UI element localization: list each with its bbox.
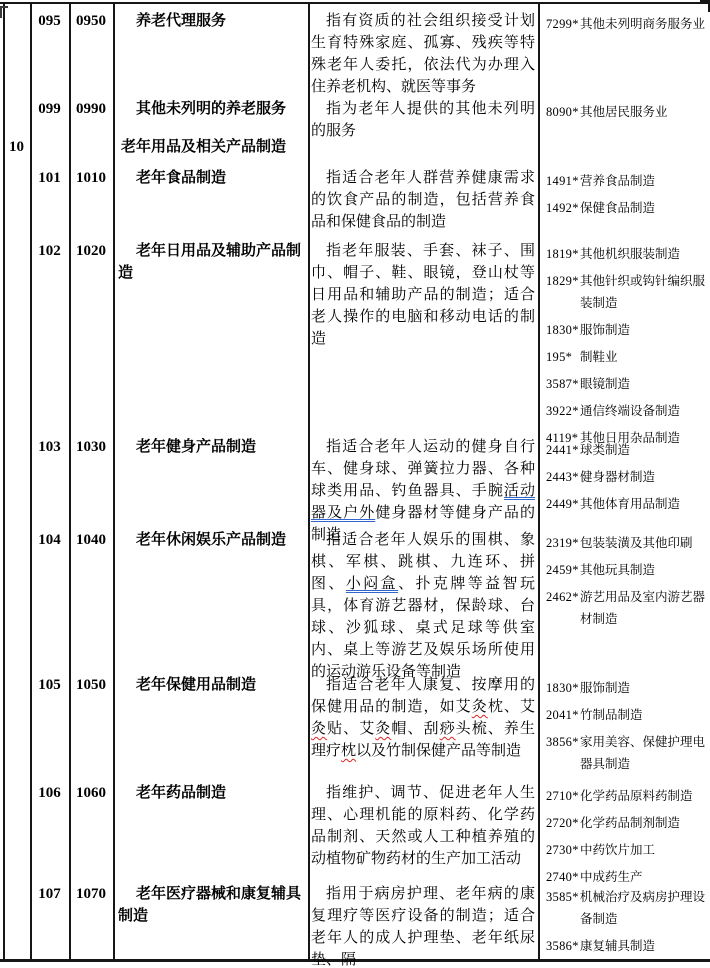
category-name: 养老代理服务 <box>118 10 305 32</box>
related-code-list: 7299*其他未列明商务服务业 <box>546 10 707 40</box>
industry-code-3digit: 106 <box>30 782 69 804</box>
related-code-number: 2441* <box>546 439 580 461</box>
category-description: 指为老年人提供的其他未列明的服务 <box>311 98 535 142</box>
category-name: 老年休闲娱乐产品制造 <box>118 529 305 551</box>
description-text: 指适合老年人运动的健身自行车、健身球、弹簧拉力器、各种球类用品、钓鱼器具、手腕 <box>311 439 535 499</box>
related-code-name: 游艺用品及室内游艺器材制造 <box>580 586 707 630</box>
related-code-list: 1491*营养食品制造 1492*保健食品制造 <box>546 167 707 224</box>
related-code-item: 2730*中药饮片加工 <box>546 839 707 861</box>
document-page: 095 0950 养老代理服务 指有资质的社会组织接受计划生育特殊家庭、孤寡、残… <box>0 0 710 968</box>
spellcheck-underline-text: 灸 <box>375 721 391 737</box>
spellcheck-underline-text: 灸 <box>472 699 488 715</box>
category-name: 老年健身产品制造 <box>118 436 305 458</box>
category-description: 指适合老年人娱乐的围棋、象棋、军棋、跳棋、九连环、拼图、小闷盒、扑克牌等益智玩具… <box>311 529 535 683</box>
related-code-name: 化学药品原料药制造 <box>580 785 707 807</box>
related-code-item: 3587*眼镜制造 <box>546 373 707 395</box>
industry-code-3digit: 104 <box>30 529 69 551</box>
description-text: 以及竹制保健产品等制造 <box>356 743 521 759</box>
related-code-item: 1492*保健食品制造 <box>546 197 707 219</box>
related-code-item: 3922*通信终端设备制造 <box>546 400 707 422</box>
related-code-list: 8090*其他居民服务业 <box>546 98 707 128</box>
related-code-name: 康复辅具制造 <box>580 935 707 957</box>
related-code-name: 机械治疗及病房护理设备制造 <box>580 886 707 930</box>
related-code-list: 1830*服饰制造 2041*竹制品制造 3856*家用美容、保健护理电器具制造 <box>546 674 707 780</box>
related-code-number: 3856* <box>546 731 580 775</box>
related-code-number: 1819* <box>546 243 580 265</box>
related-code-list: 2319*包装装潢及其他印刷 2459*其他玩具制造 2462*游艺用品及室内游… <box>546 529 707 635</box>
related-code-name: 服饰制造 <box>580 319 707 341</box>
related-code-number: 7299* <box>546 13 580 35</box>
related-code-list: 2710*化学药品原料药制造 2720*化学药品制剂制造 2730*中药饮片加工… <box>546 782 707 893</box>
description-text: 指有资质的社会组织接受计划生育特殊家庭、孤寡、残疾等特殊老年人委托，依法代为办理… <box>311 13 535 95</box>
related-code-name: 眼镜制造 <box>580 373 707 395</box>
industry-code-4digit: 1020 <box>69 240 113 262</box>
related-code-number: 3586* <box>546 935 580 957</box>
related-code-name: 其他未列明商务服务业 <box>580 13 707 35</box>
section-title: 老年用品及相关产品制造 <box>121 136 321 158</box>
industry-code-4digit: 1070 <box>69 883 113 905</box>
description-text: 帽、刮 <box>391 721 439 737</box>
category-name: 老年日用品及辅助产品制造 <box>118 240 305 284</box>
industry-code-3digit: 101 <box>30 167 69 189</box>
category-description: 指老年服装、手套、袜子、围巾、帽子、鞋、眼镜，登山杖等日用品和辅助产品的制造；适… <box>311 240 535 350</box>
related-code-number: 3922* <box>546 400 580 422</box>
related-code-number: 2041* <box>546 704 580 726</box>
related-code-name: 其他体育用品制造 <box>580 493 707 515</box>
category-description: 指维护、调节、促进老年人生理、心理机能的原料药、化学药品制剂、天然或人工种植养殖… <box>311 782 535 870</box>
industry-code-4digit: 0990 <box>69 98 113 120</box>
related-code-item: 2441*球类制造 <box>546 439 707 461</box>
description-text: 指用于病房护理、老年病的康复理疗等医疗设备的制造；适合老年人的成人护理垫、老年纸… <box>311 886 535 968</box>
category-description: 指有资质的社会组织接受计划生育特殊家庭、孤寡、残疾等特殊老年人委托，依法代为办理… <box>311 10 535 98</box>
related-code-number: 2459* <box>546 559 580 581</box>
description-text: 贴、艾 <box>327 721 375 737</box>
related-code-number: 2449* <box>546 493 580 515</box>
related-code-number: 2730* <box>546 839 580 861</box>
description-text: 指老年服装、手套、袜子、围巾、帽子、鞋、眼镜，登山杖等日用品和辅助产品的制造；适… <box>311 243 535 347</box>
table-column-border <box>30 2 32 959</box>
section-number: 10 <box>3 136 30 158</box>
spellcheck-underline-text: 枕 <box>341 743 356 759</box>
related-code-number: 1830* <box>546 319 580 341</box>
related-code-list: 3585*机械治疗及病房护理设备制造 3586*康复辅具制造 <box>546 883 707 962</box>
related-code-name: 制鞋业 <box>580 346 707 368</box>
industry-code-3digit: 105 <box>30 674 69 696</box>
related-code-number: 1491* <box>546 170 580 192</box>
industry-code-4digit: 0950 <box>69 10 113 32</box>
industry-code-3digit: 103 <box>30 436 69 458</box>
related-code-name: 其他针织或钩针编织服装制造 <box>580 270 707 314</box>
related-code-number: 2710* <box>546 785 580 807</box>
category-description: 指适合老年人康复、按摩用的保健用品的制造，如艾灸枕、艾灸贴、艾灸帽、刮痧头梳、养… <box>311 674 535 762</box>
related-code-number: 3585* <box>546 886 580 930</box>
category-name: 老年药品制造 <box>118 782 305 804</box>
related-code-name: 化学药品制剂制造 <box>580 812 707 834</box>
related-code-name: 包装装潢及其他印刷 <box>580 532 707 554</box>
related-code-item: 1491*营养食品制造 <box>546 170 707 192</box>
related-code-item: 7299*其他未列明商务服务业 <box>546 13 707 35</box>
related-code-item: 1830*服饰制造 <box>546 319 707 341</box>
related-code-item: 3585*机械治疗及病房护理设备制造 <box>546 886 707 930</box>
related-code-item: 2319*包装装潢及其他印刷 <box>546 532 707 554</box>
related-code-list: 1819*其他机织服装制造 1829*其他针织或钩针编织服装制造 1830*服饰… <box>546 240 707 454</box>
related-code-number: 2443* <box>546 466 580 488</box>
category-name: 老年保健用品制造 <box>118 674 305 696</box>
related-code-number: 1492* <box>546 197 580 219</box>
related-code-number: 2720* <box>546 812 580 834</box>
category-name: 其他未列明的养老服务 <box>118 98 305 120</box>
related-code-item: 195*制鞋业 <box>546 346 707 368</box>
category-name: 老年医疗器械和康复辅具制造 <box>118 883 305 927</box>
category-name: 老年食品制造 <box>118 167 305 189</box>
related-code-name: 其他居民服务业 <box>580 101 707 123</box>
industry-code-4digit: 1050 <box>69 674 113 696</box>
related-code-item: 2720*化学药品制剂制造 <box>546 812 707 834</box>
related-code-name: 营养食品制造 <box>580 170 707 192</box>
description-text: 指为老年人提供的其他未列明的服务 <box>311 101 535 139</box>
description-text: 枕、艾 <box>488 699 535 715</box>
description-text: 指维护、调节、促进老年人生理、心理机能的原料药、化学药品制剂、天然或人工种植养殖… <box>311 785 535 867</box>
description-text: 指适合老年人群营养健康需求的饮食产品的制造，包括营养食品和保健食品的制造 <box>311 170 535 230</box>
related-code-name: 中药饮片加工 <box>580 839 707 861</box>
category-description: 指用于病房护理、老年病的康复理疗等医疗设备的制造；适合老年人的成人护理垫、老年纸… <box>311 883 535 968</box>
table-top-border <box>0 2 710 4</box>
related-code-item: 3856*家用美容、保健护理电器具制造 <box>546 731 707 775</box>
page-corner-mark-icon <box>0 6 8 18</box>
related-code-item: 1829*其他针织或钩针编织服装制造 <box>546 270 707 314</box>
grammar-underline-text: 小闷盒 <box>346 576 398 592</box>
related-code-list: 2441*球类制造 2443*健身器材制造 2449*其他体育用品制造 <box>546 436 707 520</box>
related-code-name: 家用美容、保健护理电器具制造 <box>580 731 707 775</box>
table-column-border <box>69 2 71 959</box>
related-code-number: 1829* <box>546 270 580 314</box>
industry-code-4digit: 1030 <box>69 436 113 458</box>
related-code-item: 3586*康复辅具制造 <box>546 935 707 957</box>
industry-code-4digit: 1010 <box>69 167 113 189</box>
related-code-number: 2319* <box>546 532 580 554</box>
category-description: 指适合老年人群营养健康需求的饮食产品的制造，包括营养食品和保健食品的制造 <box>311 167 535 233</box>
related-code-name: 服饰制造 <box>580 677 707 699</box>
industry-code-3digit: 095 <box>30 10 69 32</box>
spellcheck-underline-text: 痧 <box>440 721 456 737</box>
related-code-item: 2462*游艺用品及室内游艺器材制造 <box>546 586 707 630</box>
related-code-name: 健身器材制造 <box>580 466 707 488</box>
related-code-name: 球类制造 <box>580 439 707 461</box>
related-code-number: 3587* <box>546 373 580 395</box>
related-code-name: 其他机织服装制造 <box>580 243 707 265</box>
related-code-name: 保健食品制造 <box>580 197 707 219</box>
related-code-number: 1830* <box>546 677 580 699</box>
related-code-number: 195* <box>546 346 580 368</box>
industry-code-4digit: 1040 <box>69 529 113 551</box>
table-column-border <box>538 2 540 959</box>
related-code-number: 8090* <box>546 101 580 123</box>
industry-code-3digit: 099 <box>30 98 69 120</box>
related-code-item: 2443*健身器材制造 <box>546 466 707 488</box>
related-code-item: 2710*化学药品原料药制造 <box>546 785 707 807</box>
related-code-item: 8090*其他居民服务业 <box>546 101 707 123</box>
related-code-item: 1830*服饰制造 <box>546 677 707 699</box>
spellcheck-underline-text: 灸 <box>311 721 327 737</box>
industry-code-3digit: 102 <box>30 240 69 262</box>
related-code-name: 通信终端设备制造 <box>580 400 707 422</box>
table-column-border <box>113 2 115 959</box>
related-code-item: 1819*其他机织服装制造 <box>546 243 707 265</box>
related-code-item: 2041*竹制品制造 <box>546 704 707 726</box>
related-code-name: 竹制品制造 <box>580 704 707 726</box>
related-code-number: 2462* <box>546 586 580 630</box>
industry-code-4digit: 1060 <box>69 782 113 804</box>
related-code-name: 其他玩具制造 <box>580 559 707 581</box>
related-code-item: 2459*其他玩具制造 <box>546 559 707 581</box>
industry-code-3digit: 107 <box>30 883 69 905</box>
related-code-item: 2449*其他体育用品制造 <box>546 493 707 515</box>
